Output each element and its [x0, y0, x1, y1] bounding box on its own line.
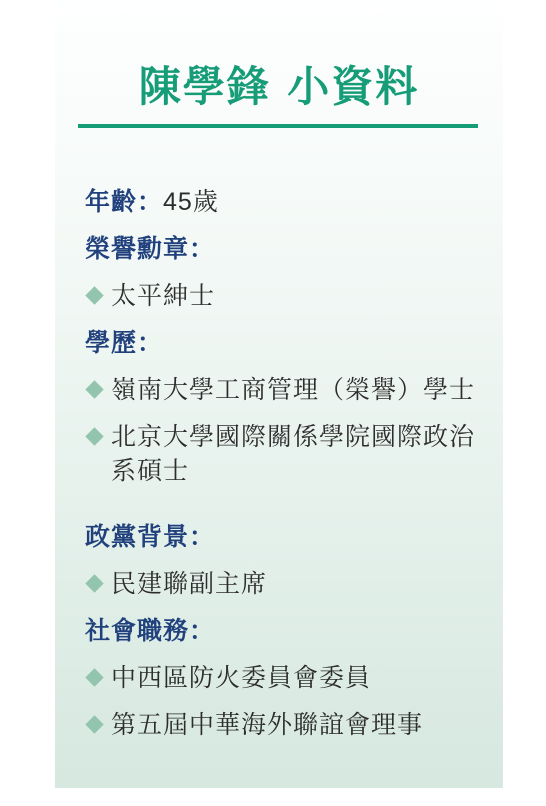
title-underline	[78, 124, 478, 128]
list-item-text: 北京大學國際關係學院國際政治系碩士	[111, 420, 483, 488]
profile-content: 年齡：45歲 榮譽勳章： 太平紳士 學歷： 嶺南大學工商管理（榮譽）學士 北京大…	[85, 185, 485, 755]
list-item: 太平紳士	[85, 279, 485, 313]
diamond-bullet-icon	[85, 668, 103, 686]
list-item-text: 嶺南大學工商管理（榮譽）學士	[111, 373, 475, 407]
age-value: 45歲	[163, 188, 219, 216]
diamond-bullet-icon	[85, 574, 103, 592]
list-item-text: 太平紳士	[111, 279, 215, 313]
age-label: 年齡：	[85, 188, 163, 216]
list-item: 嶺南大學工商管理（榮譽）學士	[85, 373, 485, 407]
page-title: 陳學鋒 小資料	[55, 64, 503, 110]
list-item: 中西區防火委員會委員	[85, 661, 485, 695]
section-label-party: 政黨背景：	[85, 520, 485, 554]
list-item-text: 民建聯副主席	[111, 567, 267, 601]
section-label-public-service: 社會職務：	[85, 614, 485, 648]
list-item: 民建聯副主席	[85, 567, 485, 601]
diamond-bullet-icon	[85, 380, 103, 398]
page: 陳學鋒 小資料 年齡：45歲 榮譽勳章： 太平紳士 學歷： 嶺南大學工商管理（榮…	[0, 0, 546, 806]
diamond-bullet-icon	[85, 427, 103, 445]
diamond-bullet-icon	[85, 286, 103, 304]
age-row: 年齡：45歲	[85, 185, 485, 219]
list-item: 北京大學國際關係學院國際政治系碩士	[85, 420, 485, 488]
profile-card: 陳學鋒 小資料 年齡：45歲 榮譽勳章： 太平紳士 學歷： 嶺南大學工商管理（榮…	[55, 0, 503, 788]
list-item-text: 第五屆中華海外聯誼會理事	[111, 708, 423, 742]
list-item-text: 中西區防火委員會委員	[111, 661, 371, 695]
section-label-education: 學歷：	[85, 326, 485, 360]
list-item: 第五屆中華海外聯誼會理事	[85, 708, 485, 742]
section-label-honours: 榮譽勳章：	[85, 232, 485, 266]
diamond-bullet-icon	[85, 715, 103, 733]
